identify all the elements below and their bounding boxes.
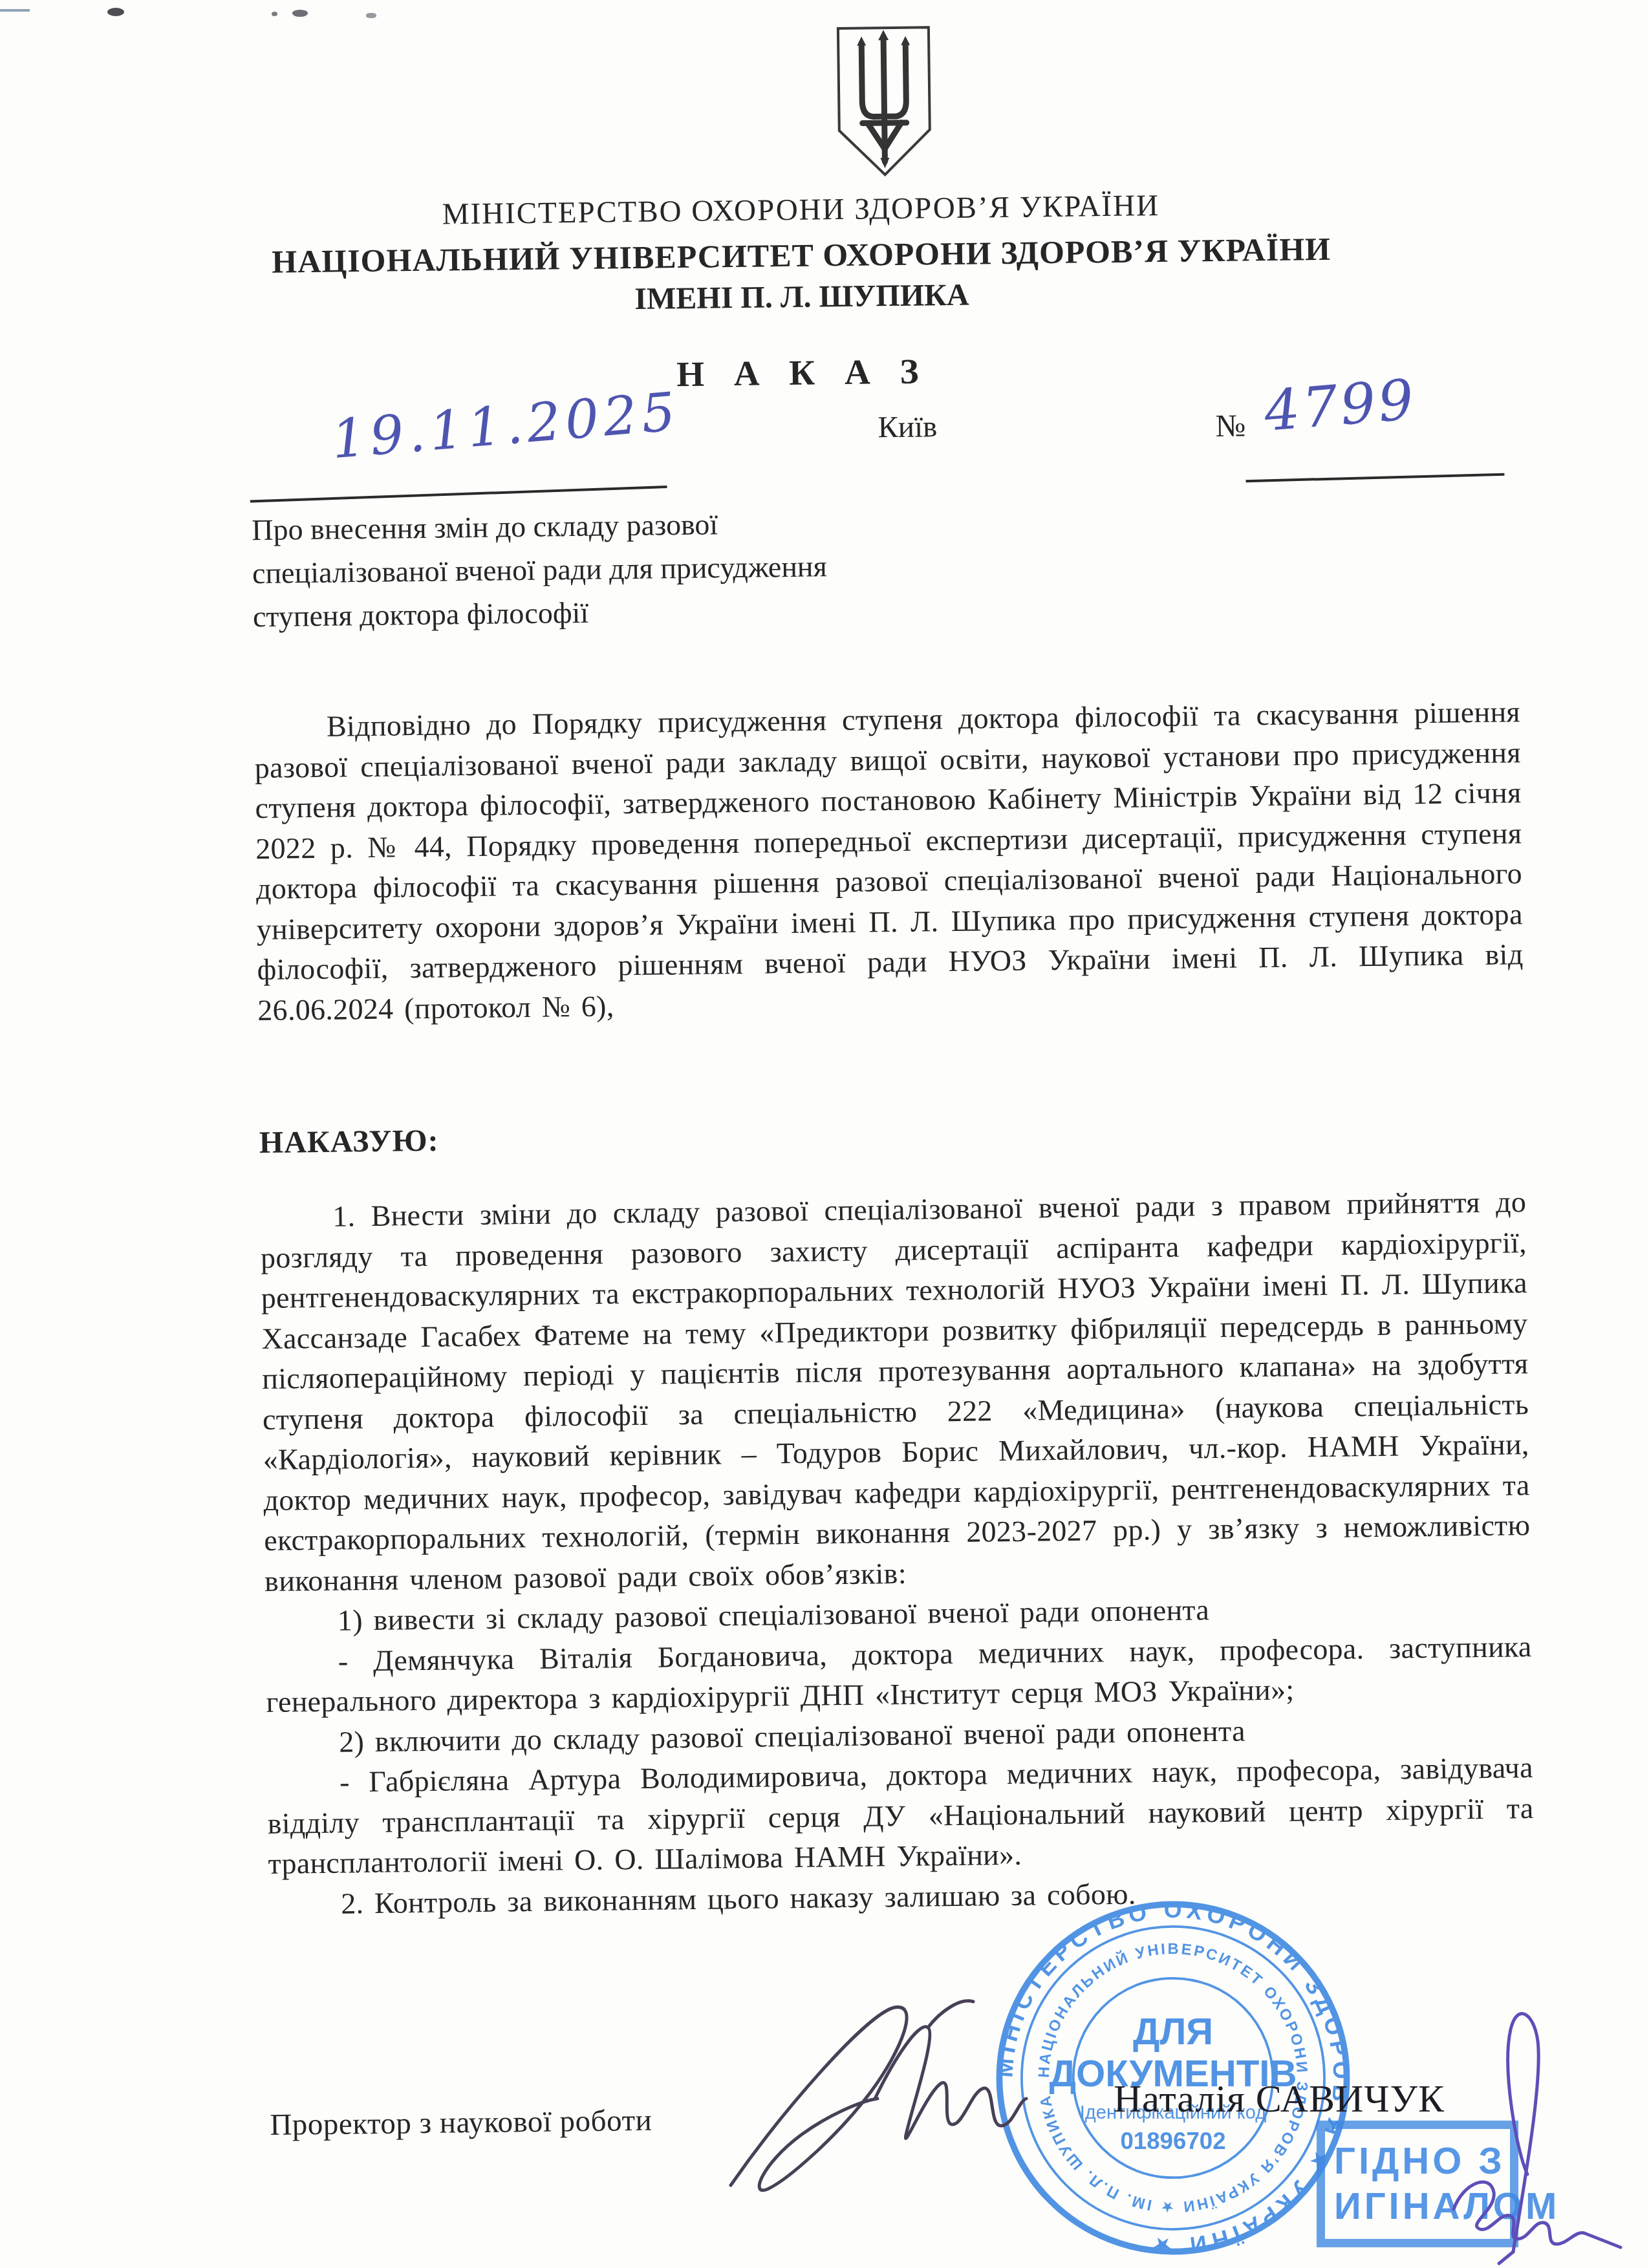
scan-artifact [107,8,124,16]
order-subject: Про внесення змін до складу разової спец… [252,501,848,638]
signer-position-title: Проректор з наукової роботи [270,2103,652,2143]
stamp-center-line1: ДЛЯ [1133,2011,1213,2053]
scan-artifact [292,10,308,17]
number-sign: № [1215,407,1245,444]
scan-artifact [272,12,277,16]
order-body: 1. Внести зміни до складу разової спеціа… [260,1182,1535,1925]
stamp-id-code: 01896702 [1120,2128,1225,2154]
round-official-stamp: МІНІСТЕРСТВО ОХОРОНИ ЗДОРОВ’Я ★ УКРАЇНИ … [978,1883,1368,2268]
order-item: - Демянчука Віталія Богдановича, доктора… [265,1627,1532,1723]
scanned-order-page: МІНІСТЕРСТВО ОХОРОНИ ЗДОРОВ’Я УКРАЇНИ НА… [0,0,1649,2268]
scan-artifact [366,13,376,18]
handwritten-number: 4799 [1262,367,1418,444]
order-preamble: Відповідно до Порядку присудження ступен… [254,692,1524,1031]
scan-artifact [0,9,30,12]
ukraine-trident-emblem [834,24,934,179]
executive-signature [708,1972,1031,2243]
signer-name: Наталія САВИЧУК [1114,2077,1445,2121]
certification-signature [1416,1988,1649,2266]
date-underline [250,486,667,503]
order-item: 1. Внести зміни до складу разової спеціа… [260,1182,1531,1601]
number-underline [1245,473,1504,482]
order-heading: НАКАЗУЮ: [259,1123,439,1161]
city-label: Київ [878,409,937,445]
order-item: - Габрієляна Артура Володимировича, докт… [267,1748,1535,1884]
